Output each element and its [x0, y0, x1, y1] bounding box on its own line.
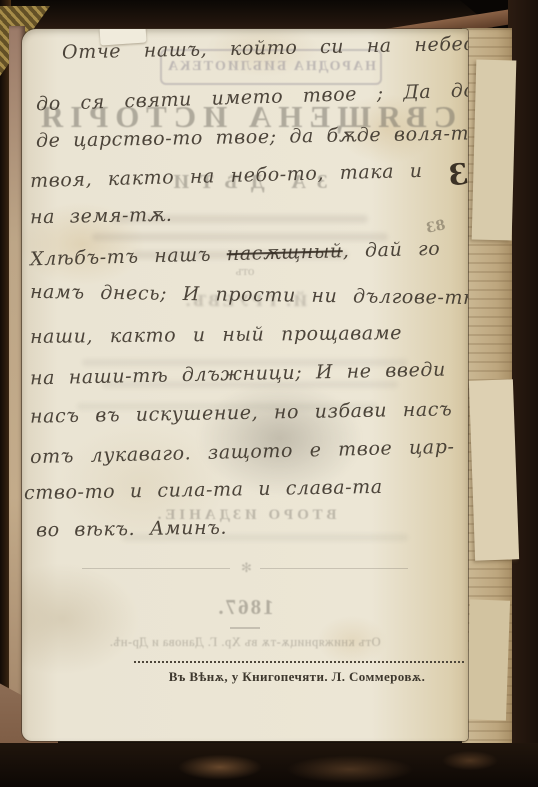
- book-scan: НАРОДНА БИБЛИОТЕКА СВЯЩЕНА ИСТОРІЯ ЗА ДѢ…: [0, 0, 538, 787]
- handwritten-prayer: Отче нашъ, който си на небеса, до ся свя…: [22, 29, 468, 741]
- handwriting-line: насъ въ искушение, но избави насъ: [30, 398, 453, 427]
- handwriting-line: Отче нашъ, който си на небеса,: [62, 32, 468, 63]
- document-page: НАРОДНА БИБЛИОТЕКА СВЯЩЕНА ИСТОРІЯ ЗА ДѢ…: [22, 29, 468, 741]
- handwriting-line: во вѣкъ. Аминъ.: [36, 517, 227, 542]
- handwriting-line: до ся святи името твое ; Да дой-: [36, 79, 468, 115]
- handwriting-line: намъ днесь; И прости ни дългове-тѣ: [30, 281, 468, 309]
- struck-word: насѫщный: [226, 240, 343, 265]
- handwriting-line: на земя-тѫ.: [30, 204, 173, 228]
- handwriting-line: Хлѣбъ-тъ нашъ насѫщный, дай го: [30, 238, 441, 271]
- handwriting-segment: , дай го: [342, 238, 440, 263]
- handwriting-line: наши, както и ный прощаваме: [30, 322, 402, 348]
- torn-page-edge: [472, 60, 517, 241]
- handwriting-line: де царство-то твое; да бѫде воля-тѫ: [36, 122, 468, 152]
- book-cover-bottom: [0, 743, 538, 787]
- shelf-number: 533: [445, 151, 468, 192]
- handwriting-line: ство-то и сила-та и слава-та: [24, 476, 383, 504]
- handwriting-line: отъ лукаваго. защото е твое цар-: [30, 436, 455, 468]
- handwriting-line: твоя, както на небо-то, така и: [30, 160, 423, 192]
- handwriting-segment: Хлѣбъ-тъ нашъ: [30, 243, 227, 270]
- torn-page-edge: [469, 379, 519, 560]
- handwriting-line: на наши-тѣ длъжници; И не введи: [30, 359, 446, 390]
- torn-page-edge: [466, 599, 510, 720]
